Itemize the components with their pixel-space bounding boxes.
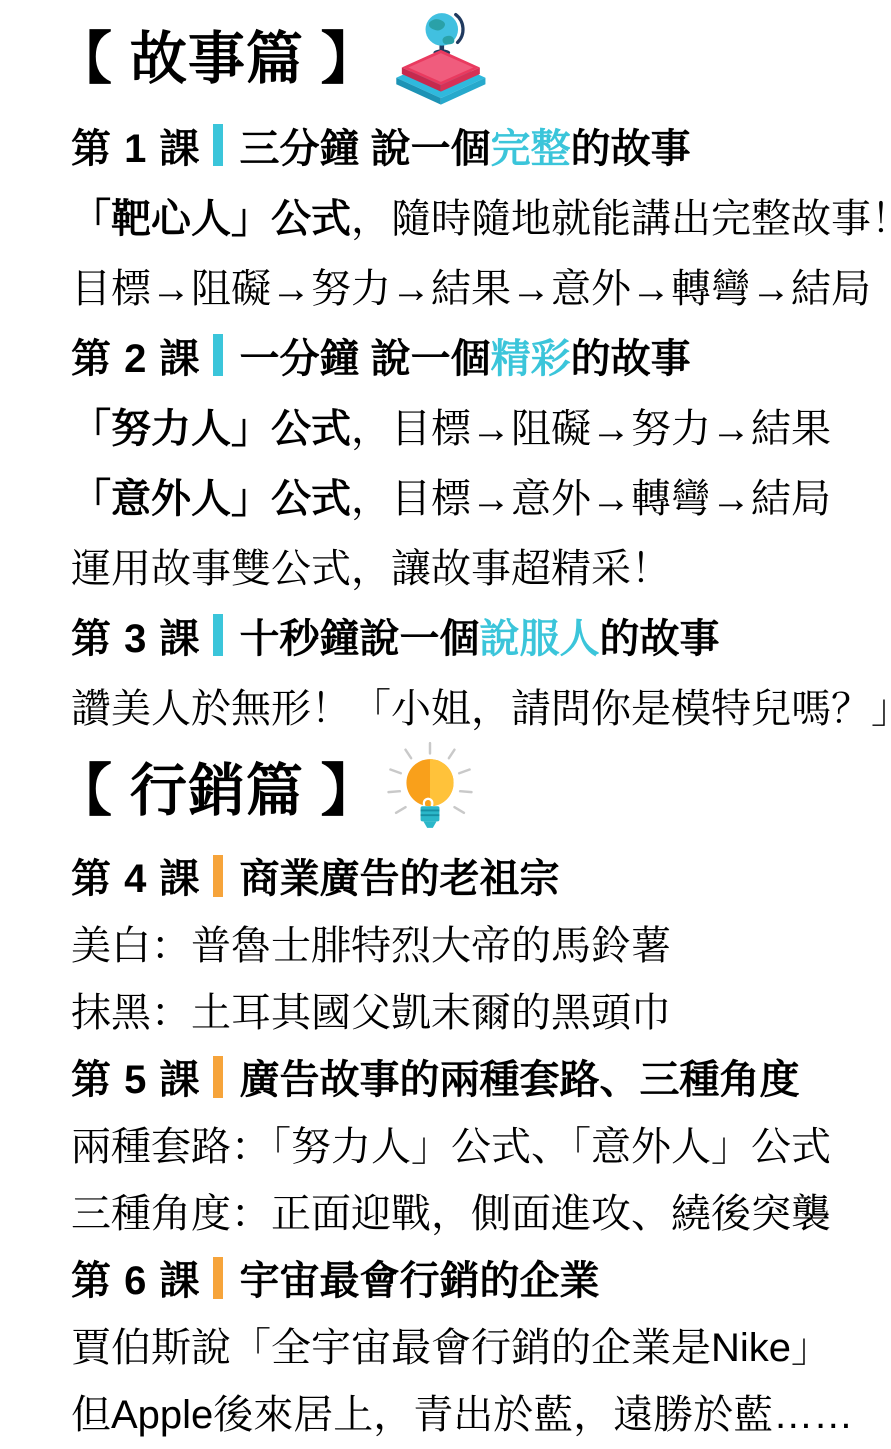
lesson-number: 第 6 課 [71,1249,200,1306]
body-line-text: 賈伯斯說「全宇宙最會行銷的企業是Nike」 [71,1316,831,1373]
lesson-title-post: 的故事 [599,617,719,661]
lesson-6-heading: 第 6 課 宇宙最會行銷的企業 [71,1244,873,1311]
lesson-title-post: 的故事 [571,127,691,171]
body-line: 抹黑：土耳其國父凱末爾的黑頭巾 [71,976,873,1043]
lesson-title-pre: 一分鐘 說一個 [239,337,490,381]
accent-bar [213,334,223,376]
body-line: 「靶心人」公式，隨時隨地就能講出完整故事！ [71,180,873,250]
lightbulb-icon [381,741,497,845]
lesson-title-pre: 商業廣告的老祖宗 [239,857,559,901]
lesson-2-heading: 第 2 課 一分鐘 說一個精彩的故事 [71,320,873,390]
section-title: 【 故事篇 】 [55,31,379,88]
body-line: 「努力人」公式，目標→阻礙→努力→結果 [71,390,873,460]
body-line-lead: 「努力人」公式 [71,397,351,454]
lesson-number: 第 5 課 [71,1048,200,1105]
body-line-text: 抹黑：土耳其國父凱末爾的黑頭巾 [71,981,671,1038]
body-line-text: 美白：普魯士腓特烈大帝的馬鈴薯 [71,914,671,971]
body-line-text: 運用故事雙公式，讓故事超精采！ [71,537,671,594]
section-marketing-header: 【 行銷篇 】 [55,740,873,842]
lesson-5-heading: 第 5 課 廣告故事的兩種套路、三種角度 [71,1043,873,1110]
lesson-title-pre: 廣告故事的兩種套路、三種角度 [239,1058,799,1102]
body-line: 賈伯斯說「全宇宙最會行銷的企業是Nike」 [71,1311,873,1378]
lesson-title-highlight: 說服人 [479,617,599,661]
lesson-title: 三分鐘 說一個完整的故事 [239,117,690,174]
body-line: 三種角度：正面迎戰，側面進攻、繞後突襲 [71,1177,873,1244]
body-line: 目標→阻礙→努力→結果→意外→轉彎→結局 [71,250,873,320]
lesson-title-highlight: 精彩 [491,337,571,381]
lesson-title-pre: 三分鐘 說一個 [239,127,490,171]
lesson-title-pre: 宇宙最會行銷的企業 [239,1259,599,1303]
lesson-number: 第 1 課 [71,117,200,174]
body-line-text: ，目標→阻礙→努力→結果 [351,397,831,454]
lesson-4-heading: 第 4 課 商業廣告的老祖宗 [71,842,873,909]
lesson-number: 第 3 課 [71,607,200,664]
body-line-text: ，隨時隨地就能講出完整故事！ [351,187,891,244]
body-line-text: 但Apple後來居上，青出於藍，遠勝於藍…… [71,1383,853,1440]
section-story: 【 故事篇 】 [55,8,873,740]
body-line: 美白：普魯士腓特烈大帝的馬鈴薯 [71,909,873,976]
lesson-title: 商業廣告的老祖宗 [239,847,559,904]
lesson-number: 第 2 課 [71,327,200,384]
body-line: 運用故事雙公式，讓故事超精采！ [71,530,873,600]
accent-bar [213,1257,223,1299]
lesson-title: 廣告故事的兩種套路、三種角度 [239,1048,799,1105]
accent-bar [213,124,223,166]
body-line: 兩種套路：「努力人」公式、「意外人」公式 [71,1110,873,1177]
body-line-text: 讚美人於無形！「小姐，請問你是模特兒嗎？」 [71,677,891,734]
body-line-text: ，目標→意外→轉彎→結局 [351,467,831,524]
lesson-number: 第 4 課 [71,847,200,904]
lesson-title-highlight: 完整 [491,127,571,171]
body-line: 讚美人於無形！「小姐，請問你是模特兒嗎？」 [71,670,873,740]
lesson-title-pre: 十秒鐘說一個 [239,617,479,661]
course-outline-page: 【 故事篇 】 [0,0,891,1445]
lesson-1-heading: 第 1 課 三分鐘 說一個完整的故事 [71,110,873,180]
body-line-text: 目標→阻礙→努力→結果→意外→轉彎→結局 [71,257,871,314]
lesson-title-post: 的故事 [571,337,691,381]
body-line-lead: 「意外人」公式 [71,467,351,524]
section-story-header: 【 故事篇 】 [55,8,873,110]
section-title: 【 行銷篇 】 [55,763,379,820]
body-line-text: 三種角度：正面迎戰，側面進攻、繞後突襲 [71,1182,831,1239]
body-line-lead: 「靶心人」公式 [71,187,351,244]
section-marketing: 【 行銷篇 】 [55,740,873,1445]
lesson-title: 一分鐘 說一個精彩的故事 [239,327,690,384]
accent-bar [213,855,223,897]
lesson-title: 宇宙最會行銷的企業 [239,1249,599,1306]
body-line-text: 兩種套路：「努力人」公式、「意外人」公式 [71,1115,831,1172]
lesson-title: 十秒鐘說一個說服人的故事 [239,607,719,664]
accent-bar [213,1056,223,1098]
accent-bar [213,614,223,656]
lesson-3-heading: 第 3 課 十秒鐘說一個說服人的故事 [71,600,873,670]
books-globe-icon [381,9,497,113]
body-line: 「意外人」公式，目標→意外→轉彎→結局 [71,460,873,530]
body-line: 但Apple後來居上，青出於藍，遠勝於藍…… [71,1378,873,1445]
